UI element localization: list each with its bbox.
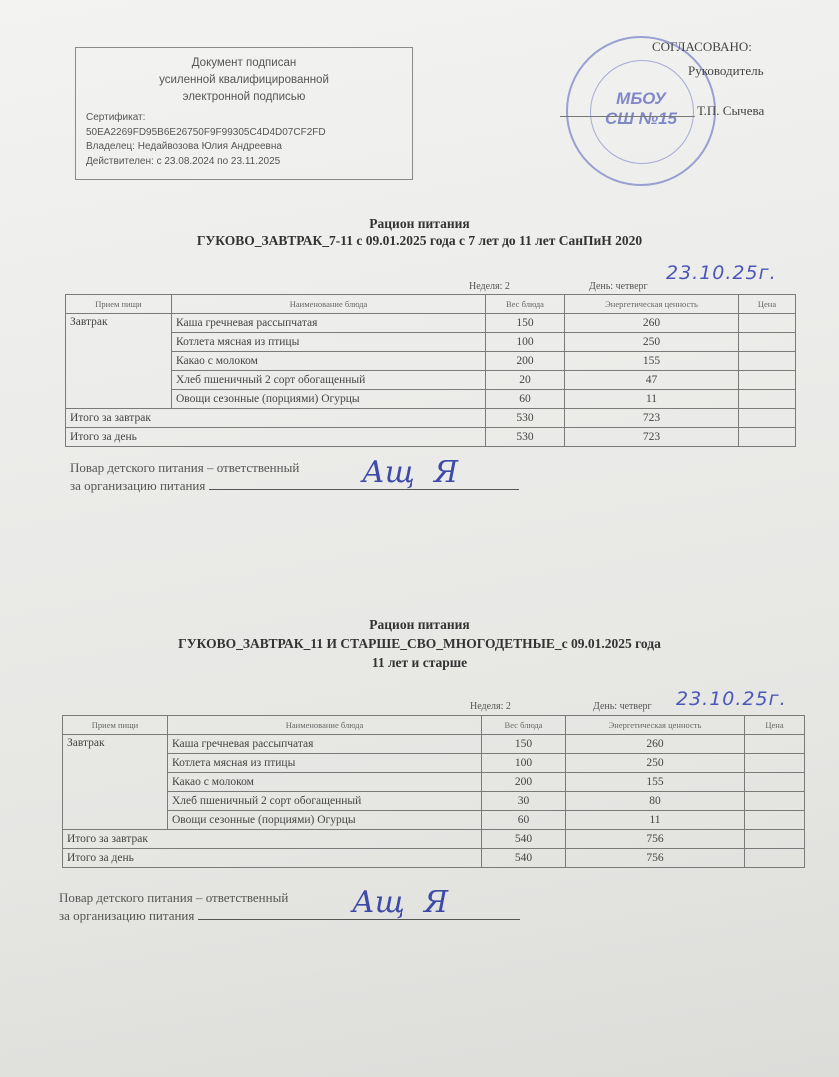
dish-name: Котлета мясная из птицы [168, 754, 482, 773]
meal-name: Завтрак [66, 314, 172, 409]
total-meal-energy: 756 [566, 830, 745, 849]
approval-label: СОГЛАСОВАНО: [652, 34, 752, 60]
dish-weight: 100 [482, 754, 566, 773]
table-row: Котлета мясная из птицы 100 250 [66, 333, 796, 352]
dish-weight: 200 [482, 773, 566, 792]
table-row: Хлеб пшеничный 2 сорт обогащенный 30 80 [63, 792, 805, 811]
dish-price [739, 371, 796, 390]
section-1-subtitle: ГУКОВО_ЗАВТРАК_7-11 с 09.01.2025 года с … [0, 233, 839, 249]
handwritten-signature-icon: Ащ Я [362, 455, 458, 490]
stamp-line-2: СШ №15 [568, 110, 714, 128]
table-row: Овощи сезонные (порциями) Огурцы 60 11 [63, 811, 805, 830]
approval-role: Руководитель [688, 58, 764, 84]
column-header-price: Цена [739, 295, 796, 314]
dish-name: Какао с молоком [172, 352, 486, 371]
certificate-heading-1: Документ подписан [86, 55, 402, 72]
dish-name: Овощи сезонные (порциями) Огурцы [168, 811, 482, 830]
total-day-energy: 756 [566, 849, 745, 868]
section-2-footer: Повар детского питания – ответственный з… [59, 889, 520, 924]
dish-price [739, 352, 796, 371]
meal-name: Завтрак [63, 735, 168, 830]
stamp-line-1: МБОУ [568, 90, 714, 108]
dish-weight: 30 [482, 792, 566, 811]
total-day-row: Итого за день 540 756 [63, 849, 805, 868]
column-header-dish: Наименование блюда [168, 716, 482, 735]
dish-price [745, 792, 805, 811]
dish-weight: 60 [486, 390, 565, 409]
certificate-id: 50EA2269FD95B6E26750F9F99305C4D4D07CF2FD [86, 126, 402, 141]
certificate-heading-3: электронной подписью [86, 89, 402, 106]
column-header-energy: Энергетическая ценность [565, 295, 739, 314]
total-meal-label: Итого за завтрак [66, 409, 486, 428]
dish-name: Каша гречневая рассыпчатая [168, 735, 482, 754]
dish-energy: 260 [566, 735, 745, 754]
certificate-validity: Действителен: с 23.08.2024 по 23.11.2025 [86, 155, 402, 170]
section-2-subtitle-2: 11 лет и старше [0, 655, 839, 671]
dish-energy: 47 [565, 371, 739, 390]
dish-name: Каша гречневая рассыпчатая [172, 314, 486, 333]
column-header-meal: Прием пищи [66, 295, 172, 314]
dish-energy: 11 [565, 390, 739, 409]
total-day-label: Итого за день [66, 428, 486, 447]
dish-price [745, 773, 805, 792]
dish-name: Хлеб пшеничный 2 сорт обогащенный [172, 371, 486, 390]
dish-name: Хлеб пшеничный 2 сорт обогащенный [168, 792, 482, 811]
section-1-title: Рацион питания [0, 216, 839, 232]
total-day-price [739, 428, 796, 447]
total-meal-row: Итого за завтрак 530 723 [66, 409, 796, 428]
dish-weight: 150 [486, 314, 565, 333]
section-1-day: День: четверг [589, 281, 648, 292]
dish-weight: 60 [482, 811, 566, 830]
total-meal-price [745, 830, 805, 849]
column-header-dish: Наименование блюда [172, 295, 486, 314]
footer-line-2: за организацию питания [59, 908, 194, 923]
table-row: Завтрак Каша гречневая рассыпчатая 150 2… [66, 314, 796, 333]
total-meal-row: Итого за завтрак 540 756 [63, 830, 805, 849]
dish-price [739, 333, 796, 352]
certificate-heading-2: усиленной квалифицированной [86, 72, 402, 89]
dish-price [739, 314, 796, 333]
table-row: Овощи сезонные (порциями) Огурцы 60 11 [66, 390, 796, 409]
total-meal-energy: 723 [565, 409, 739, 428]
total-meal-price [739, 409, 796, 428]
handwritten-signature-icon: Ащ Я [352, 885, 448, 920]
table-row: Какао с молоком 200 155 [66, 352, 796, 371]
section-1-week: Неделя: 2 [469, 281, 510, 292]
approval-signature-line [560, 116, 695, 117]
total-day-weight: 540 [482, 849, 566, 868]
total-day-energy: 723 [565, 428, 739, 447]
section-2-handwritten-date: 23.10.25г. [676, 688, 787, 710]
column-header-weight: Вес блюда [486, 295, 565, 314]
dish-weight: 100 [486, 333, 565, 352]
column-header-price: Цена [745, 716, 805, 735]
dish-price [745, 811, 805, 830]
dish-energy: 11 [566, 811, 745, 830]
dish-price [745, 754, 805, 773]
total-day-weight: 530 [486, 428, 565, 447]
dish-price [739, 390, 796, 409]
total-day-row: Итого за день 530 723 [66, 428, 796, 447]
section-2-subtitle: ГУКОВО_ЗАВТРАК_11 И СТАРШЕ_СВО_МНОГОДЕТН… [0, 636, 839, 652]
dish-weight: 200 [486, 352, 565, 371]
footer-line-1: Повар детского питания – ответственный [59, 889, 520, 906]
dish-name: Котлета мясная из птицы [172, 333, 486, 352]
table-row: Завтрак Каша гречневая рассыпчатая 150 2… [63, 735, 805, 754]
dish-energy: 80 [566, 792, 745, 811]
dish-price [745, 735, 805, 754]
dish-weight: 20 [486, 371, 565, 390]
column-header-energy: Энергетическая ценность [566, 716, 745, 735]
section-2-day: День: четверг [593, 701, 652, 712]
table-row: Хлеб пшеничный 2 сорт обогащенный 20 47 [66, 371, 796, 390]
dish-energy: 260 [565, 314, 739, 333]
certificate-label: Сертификат: [86, 111, 402, 126]
table-row: Какао с молоком 200 155 [63, 773, 805, 792]
total-meal-weight: 530 [486, 409, 565, 428]
dish-name: Какао с молоком [168, 773, 482, 792]
column-header-weight: Вес блюда [482, 716, 566, 735]
section-2-week: Неделя: 2 [470, 701, 511, 712]
column-header-meal: Прием пищи [63, 716, 168, 735]
total-meal-weight: 540 [482, 830, 566, 849]
dish-energy: 155 [566, 773, 745, 792]
dish-energy: 155 [565, 352, 739, 371]
section-1-menu-table: Прием пищи Наименование блюда Вес блюда … [65, 294, 796, 447]
section-1-handwritten-date: 23.10.25г. [666, 262, 777, 284]
section-2-title: Рацион питания [0, 617, 839, 633]
dish-energy: 250 [565, 333, 739, 352]
footer-line-2: за организацию питания [70, 478, 205, 493]
total-day-label: Итого за день [63, 849, 482, 868]
section-2-menu-table: Прием пищи Наименование блюда Вес блюда … [62, 715, 805, 868]
certificate-owner: Владелец: Недайвозова Юлия Андреевна [86, 140, 402, 155]
total-day-price [745, 849, 805, 868]
e-signature-certificate-box: Документ подписан усиленной квалифициров… [75, 47, 413, 180]
total-meal-label: Итого за завтрак [63, 830, 482, 849]
dish-name: Овощи сезонные (порциями) Огурцы [172, 390, 486, 409]
approval-name: Т.П. Сычева [697, 98, 764, 124]
dish-energy: 250 [566, 754, 745, 773]
table-row: Котлета мясная из птицы 100 250 [63, 754, 805, 773]
dish-weight: 150 [482, 735, 566, 754]
